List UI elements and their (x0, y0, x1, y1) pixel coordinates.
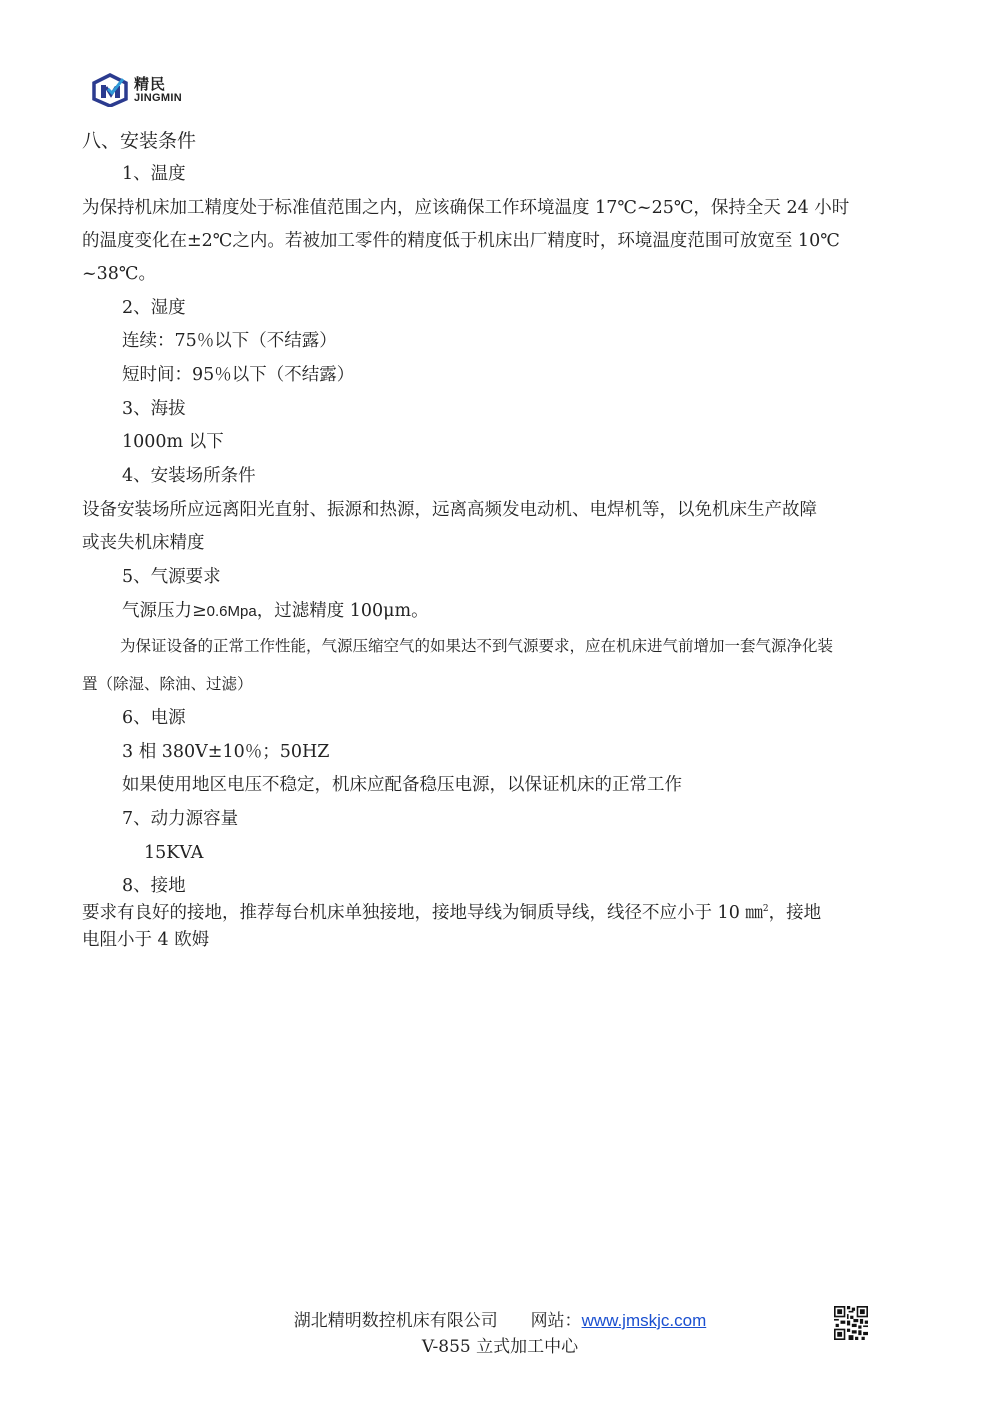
qr-code-icon (834, 1306, 868, 1340)
heading-power-supply: 6、电源 (122, 710, 186, 728)
product-name: V-855 立式加工中心 (422, 1337, 578, 1357)
heading-site-conditions: 4、安装场所条件 (122, 468, 256, 486)
temperature-text-line-2: 的温度变化在±2℃之内。若被加工零件的精度低于机床出厂精度时，环境温度范围可放宽… (82, 233, 840, 251)
site-conditions-line-2: 或丧失机床精度 (82, 535, 205, 553)
company-name: 湖北精明数控机床有限公司 (294, 1311, 498, 1331)
heading-grounding: 8、接地 (122, 878, 186, 896)
section-title: 八、安装条件 (82, 132, 196, 151)
air-filter-spec: ，过滤精度 100μm。 (257, 601, 429, 621)
grounding-text: 要求有良好的接地，推荐每台机床单独接地，接地导线为铜质导线，线径不应小于 10 … (82, 903, 763, 923)
heading-humidity: 2、湿度 (122, 300, 186, 318)
grounding-line-1: 要求有良好的接地，推荐每台机床单独接地，接地导线为铜质导线，线径不应小于 10 … (82, 905, 821, 923)
power-capacity-value: 15KVA (144, 845, 203, 863)
heading-power-capacity: 7、动力源容量 (122, 811, 238, 829)
heading-temperature: 1、温度 (122, 166, 186, 184)
temperature-text-line-1: 为保持机床加工精度处于标准值范围之内，应该确保工作环境温度 17℃~25℃，保持… (82, 200, 849, 218)
heading-air-supply: 5、气源要求 (122, 569, 221, 587)
company-logo: 精民 JINGMIN (90, 72, 210, 108)
jingmin-logo-icon (90, 73, 130, 107)
air-pressure-spec: 气源压力≥0.6Mpa，过滤精度 100μm。 (122, 603, 429, 621)
air-supply-note-line-2: 置（除湿、除油、过滤） (82, 677, 253, 693)
temperature-text-line-3: ~38℃。 (82, 266, 156, 284)
website-label: 网站： (531, 1311, 582, 1331)
heading-altitude: 3、海拔 (122, 401, 186, 419)
logo-chinese-name: 精民 (134, 77, 182, 92)
altitude-value: 1000m 以下 (122, 434, 224, 452)
grounding-line-2: 电阻小于 4 欧姆 (82, 932, 209, 950)
air-pressure-prefix: 气源压力≥ (122, 601, 207, 621)
power-supply-note: 如果使用地区电压不稳定，机床应配备稳压电源，以保证机床的正常工作 (122, 777, 682, 795)
air-pressure-value: 0.6Mpa (207, 603, 257, 620)
air-supply-note-line-1: 为保证设备的正常工作性能，气源压缩空气的如果达不到气源要求，应在机床进气前增加一… (120, 639, 833, 655)
power-supply-spec: 3 相 380V±10％；50HZ (122, 744, 329, 762)
humidity-short-term: 短时间：95％以下（不结露） (122, 367, 354, 385)
grounding-text-end: ，接地 (769, 903, 822, 923)
site-conditions-line-1: 设备安装场所应远离阳光直射、振源和热源，远离高频发电动机、电焊机等，以免机床生产… (82, 502, 817, 520)
website-link[interactable]: www.jmskjc.com (582, 1311, 707, 1330)
humidity-continuous: 连续：75％以下（不结露） (122, 333, 337, 351)
logo-english-name: JINGMIN (134, 93, 182, 104)
